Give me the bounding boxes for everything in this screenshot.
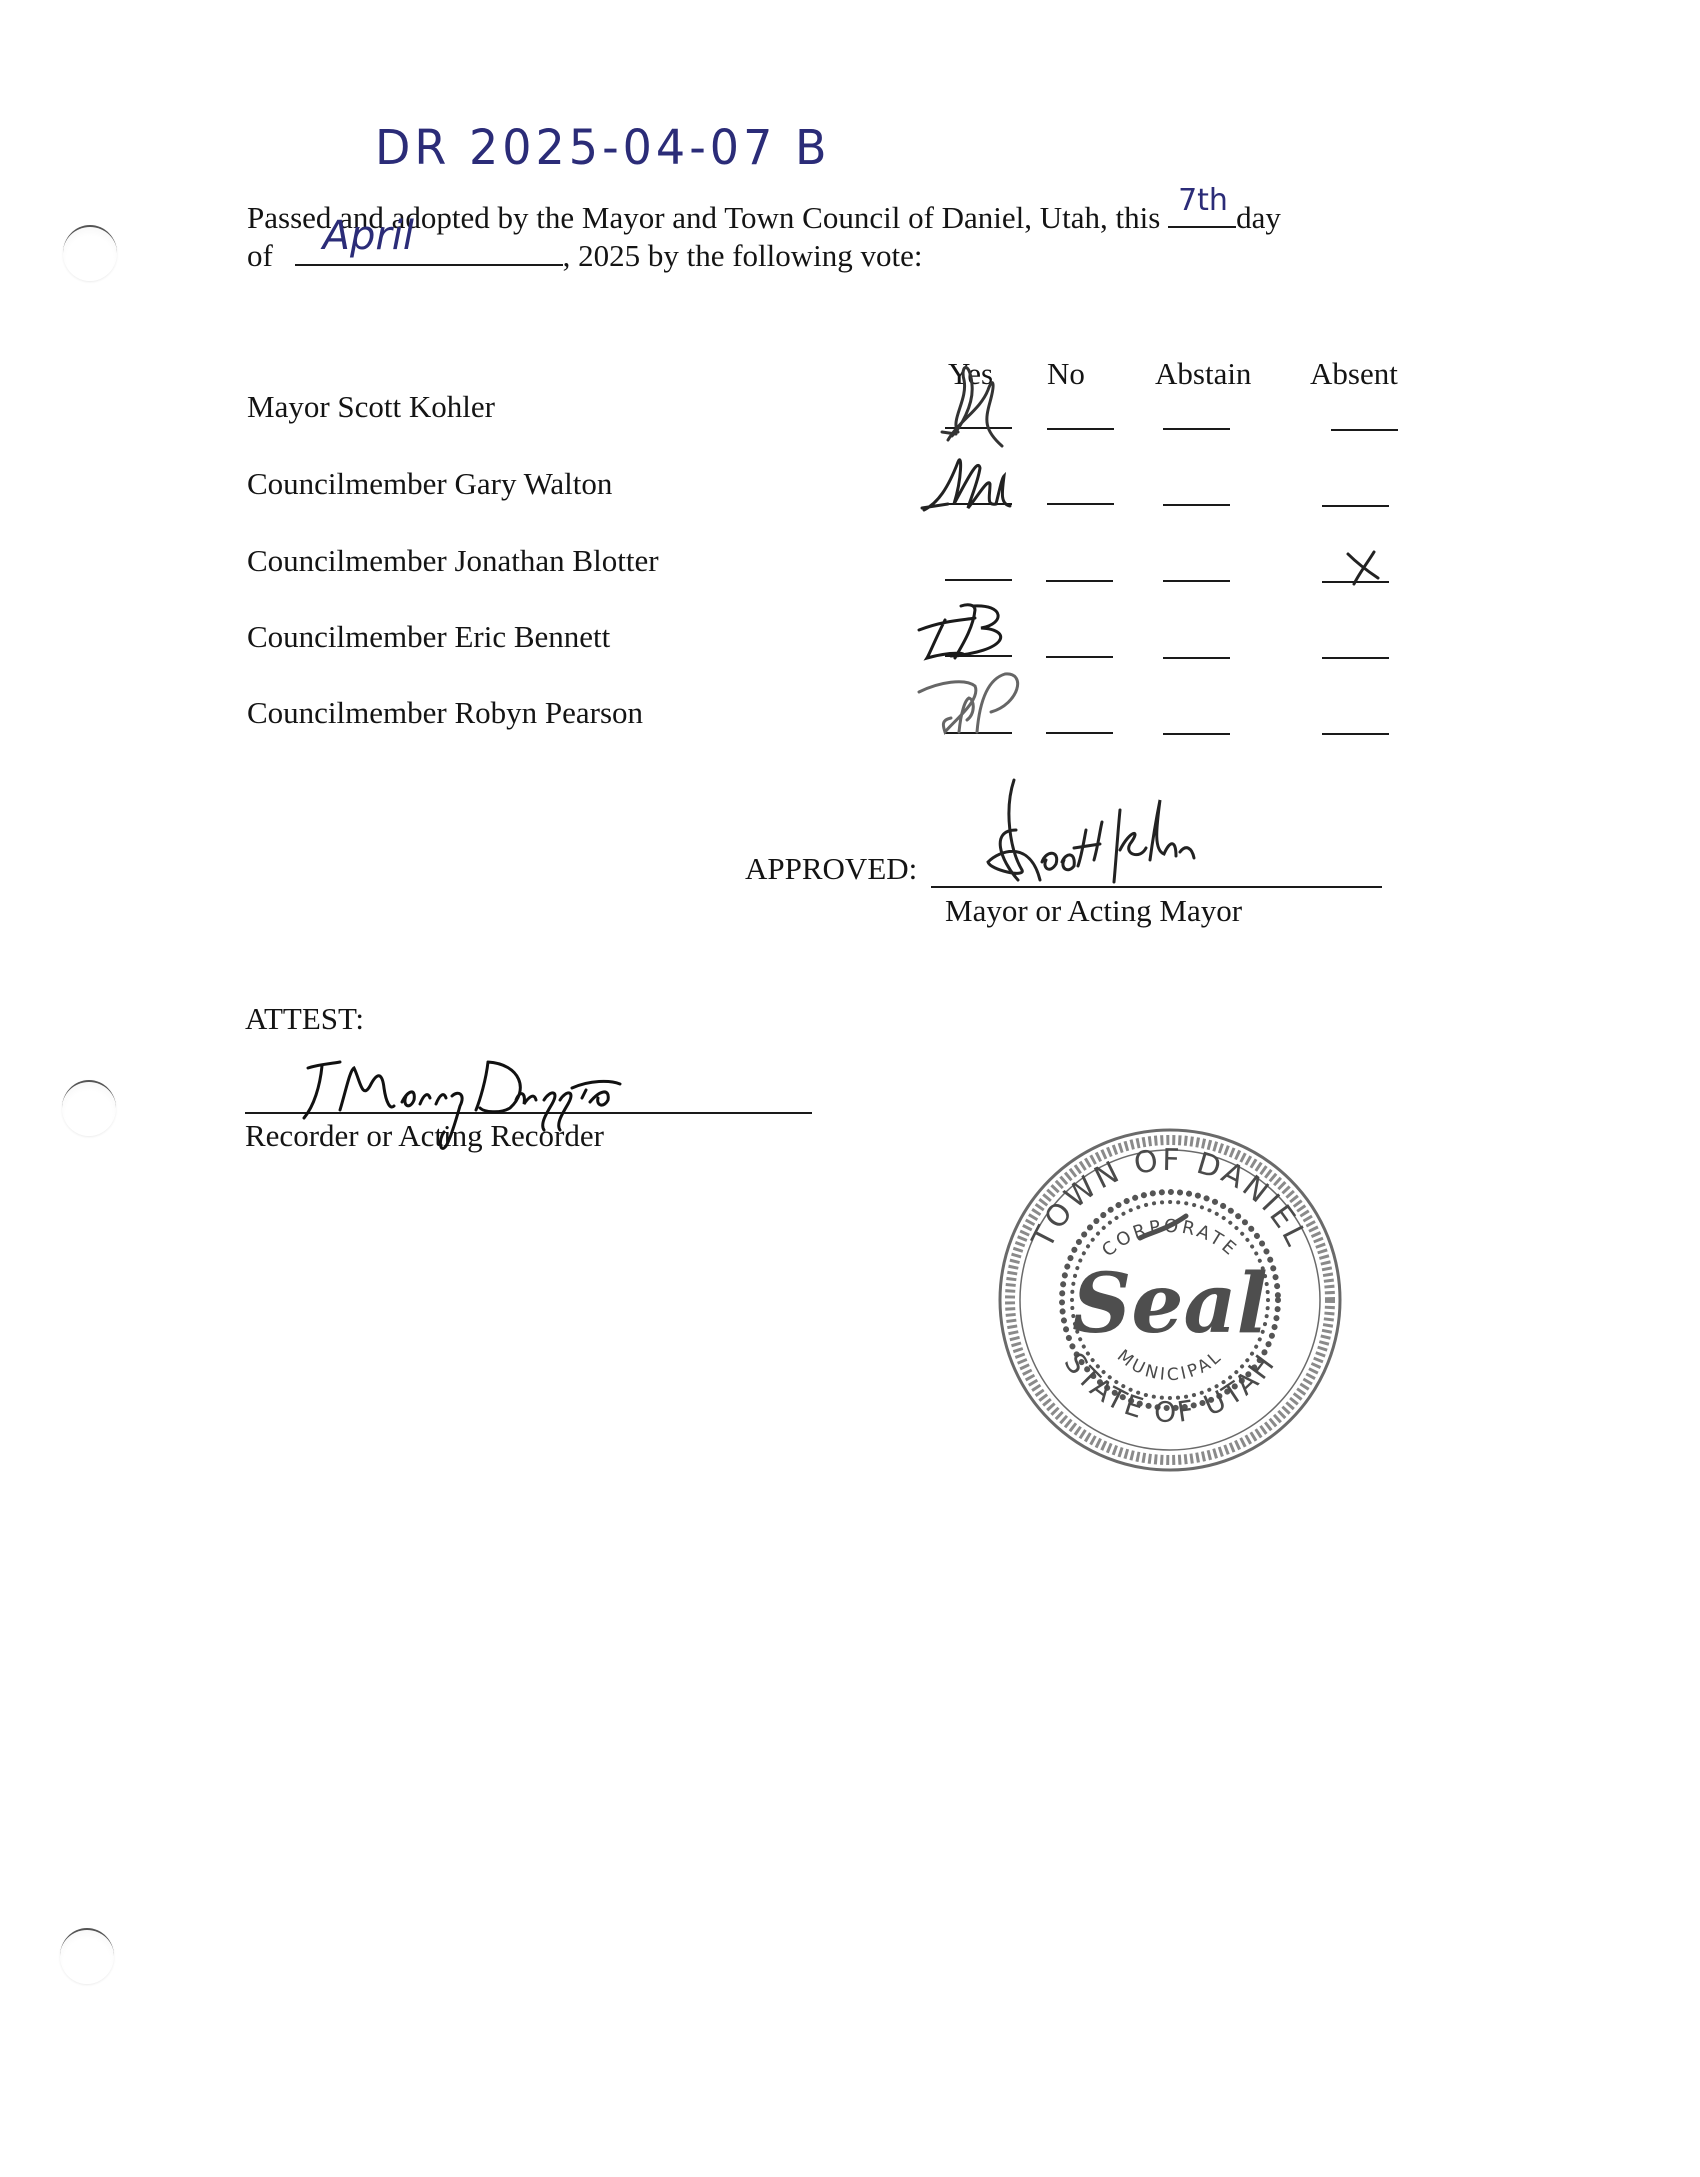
absent-x-mark	[1340, 548, 1390, 588]
vote-blank-absent[interactable]	[1322, 657, 1389, 659]
vote-blank-absent[interactable]	[1331, 429, 1398, 431]
mayor-signature-caption: Mayor or Acting Mayor	[945, 895, 1242, 926]
voter-name: Councilmember Jonathan Blotter	[247, 545, 659, 576]
voter-name: Councilmember Eric Bennett	[247, 621, 610, 652]
month-value: April	[323, 216, 414, 256]
voter-name: Councilmember Gary Walton	[247, 468, 612, 499]
column-header-no: No	[1047, 358, 1085, 389]
voter-name: Mayor Scott Kohler	[247, 391, 495, 422]
svg-text:TOWN OF DANIEL: TOWN OF DANIEL	[1025, 1143, 1315, 1255]
punch-hole-bottom	[60, 1928, 114, 1984]
vote-blank-no[interactable]	[1047, 503, 1114, 505]
vote-blank-absent[interactable]	[1322, 733, 1389, 735]
seal-center-text: Seal	[1072, 1256, 1268, 1352]
day-field[interactable]: 7th	[1168, 200, 1236, 228]
seal-outer-top-text: TOWN OF DANIEL	[1025, 1143, 1315, 1255]
vote-blank-abstain[interactable]	[1163, 428, 1230, 430]
adoption-line-2-suffix: , 2025 by the following vote:	[563, 238, 923, 273]
day-value: 7th	[1178, 186, 1228, 216]
vote-blank-yes[interactable]	[945, 579, 1012, 581]
initials-sk-signature	[930, 350, 1030, 450]
column-header-absent: Absent	[1310, 358, 1398, 389]
initials-rp-signature	[915, 660, 1035, 740]
voter-name: Councilmember Robyn Pearson	[247, 697, 643, 728]
adoption-line-1-suffix: day	[1236, 200, 1281, 235]
town-seal-emblem: TOWN OF DANIEL STATE OF UTAH CORPORATE M…	[990, 1120, 1350, 1480]
mayor-signature	[970, 770, 1220, 900]
vote-blank-no[interactable]	[1046, 580, 1113, 582]
vote-blank-no[interactable]	[1047, 428, 1114, 430]
adoption-line-2-prefix: of	[247, 238, 273, 273]
vote-blank-abstain[interactable]	[1163, 504, 1230, 506]
punch-hole-top	[63, 225, 117, 281]
vote-blank-abstain[interactable]	[1163, 657, 1230, 659]
attest-label: ATTEST:	[245, 1003, 364, 1034]
seal-outer-bottom-text: STATE OF UTAH	[1058, 1346, 1283, 1429]
handwritten-document-id: DR 2025-04-07 B	[375, 119, 831, 176]
vote-blank-absent[interactable]	[1322, 505, 1389, 507]
vote-blank-no[interactable]	[1046, 656, 1113, 658]
month-field[interactable]: April	[295, 238, 563, 266]
approved-label: APPROVED:	[745, 853, 917, 884]
recorder-signature-caption: Recorder or Acting Recorder	[245, 1120, 604, 1151]
svg-text:STATE OF UTAH: STATE OF UTAH	[1058, 1346, 1283, 1429]
vote-blank-no[interactable]	[1046, 732, 1113, 734]
adoption-line-2: of April , 2025 by the following vote:	[247, 238, 922, 271]
vote-blank-abstain[interactable]	[1163, 733, 1230, 735]
initials-gw-signature	[918, 448, 1028, 518]
vote-blank-abstain[interactable]	[1163, 580, 1230, 582]
column-header-abstain: Abstain	[1155, 358, 1251, 389]
punch-hole-middle	[62, 1080, 116, 1136]
